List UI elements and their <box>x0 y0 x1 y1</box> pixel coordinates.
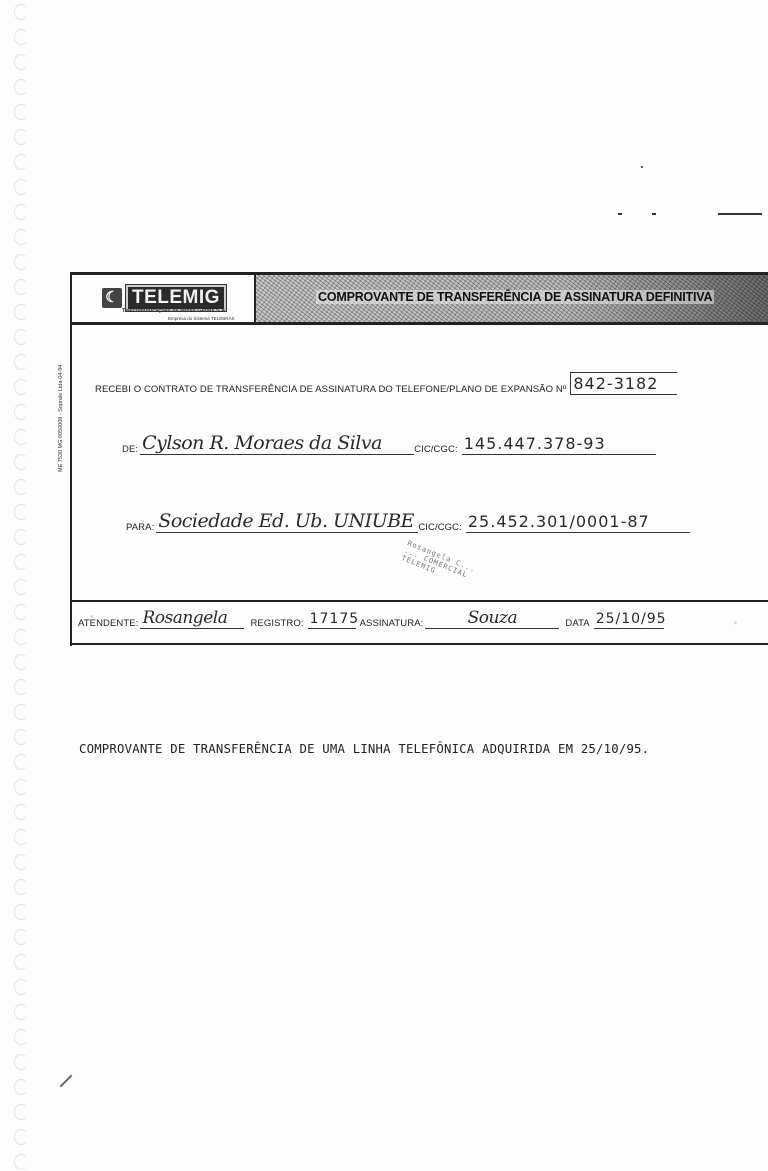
signature-label: ASSINATURA: <box>360 618 424 629</box>
document-caption: COMPROVANTE DE TRANSFERÊNCIA DE UMA LINH… <box>79 742 649 756</box>
form-header: ☾ TELEMIG Telecomunicações de Minas Gera… <box>72 275 768 323</box>
from-label: DE: <box>122 444 138 455</box>
transfer-receipt-form: ☾ TELEMIG Telecomunicações de Minas Gera… <box>70 272 768 646</box>
pen-mark <box>60 1075 73 1088</box>
attendant-field[interactable]: Rosangela <box>140 608 244 629</box>
date-field[interactable]: 25/10/95 <box>594 611 664 629</box>
scan-mark <box>618 213 622 215</box>
receipt-statement-line: RECEBI O CONTRATO DE TRANSFERÊNCIA DE AS… <box>95 372 677 395</box>
from-name-field[interactable]: Cylson R. Moraes da Silva <box>140 432 414 455</box>
phone-number-field[interactable]: 842-3182 <box>570 372 677 395</box>
telemig-wave-logo-icon: ☾ <box>102 288 122 308</box>
scan-mark <box>652 213 656 215</box>
to-line: PARA: Sociedade Ed. Ub. UNIUBE CIC/CGC: … <box>126 510 690 533</box>
registration-label: REGISTRO: <box>250 618 303 629</box>
company-stamp: Rosangela C... ... COMERCIAL TELEMIG <box>400 539 477 589</box>
signature-field[interactable]: Souza <box>425 608 559 629</box>
binder-holes <box>14 0 34 1171</box>
scan-rule <box>718 213 762 215</box>
to-name-field[interactable]: Sociedade Ed. Ub. UNIUBE <box>156 510 418 533</box>
title-block: COMPROVANTE DE TRANSFERÊNCIA DE ASSINATU… <box>256 275 768 323</box>
from-id-field[interactable]: 145.447.378-93 <box>462 434 656 455</box>
form-print-code: ME 7530 MG 9050008 - Soprale Ltda-04-94 <box>58 365 64 472</box>
form-bottom-rule <box>72 643 768 645</box>
receipt-statement: RECEBI O CONTRATO DE TRANSFERÊNCIA DE AS… <box>95 384 566 395</box>
attendant-label: ATENDENTE: <box>78 618 138 629</box>
footer-row: ATENDENTE: Rosangela REGISTRO: 17175 ASS… <box>78 608 768 629</box>
from-id-label: CIC/CGC: <box>414 444 458 455</box>
to-id-field[interactable]: 25.452.301/0001-87 <box>466 512 690 533</box>
scan-speck <box>641 166 643 168</box>
header-bottom-rule <box>72 322 768 325</box>
to-id-label: CIC/CGC: <box>418 522 462 533</box>
company-group: Empresa do Sistema TELEBRÁS <box>168 316 234 321</box>
footer-top-rule <box>72 600 768 602</box>
company-name: Telecomunicações de Minas Gerais S.A. <box>122 308 227 314</box>
registration-field[interactable]: 17175 <box>308 611 356 629</box>
logo-block: ☾ TELEMIG Telecomunicações de Minas Gera… <box>72 275 256 323</box>
to-label: PARA: <box>126 522 154 533</box>
from-line: DE: Cylson R. Moraes da Silva CIC/CGC: 1… <box>122 432 656 455</box>
form-title: COMPROVANTE DE TRANSFERÊNCIA DE ASSINATU… <box>316 290 714 304</box>
date-label: DATA <box>565 618 589 629</box>
